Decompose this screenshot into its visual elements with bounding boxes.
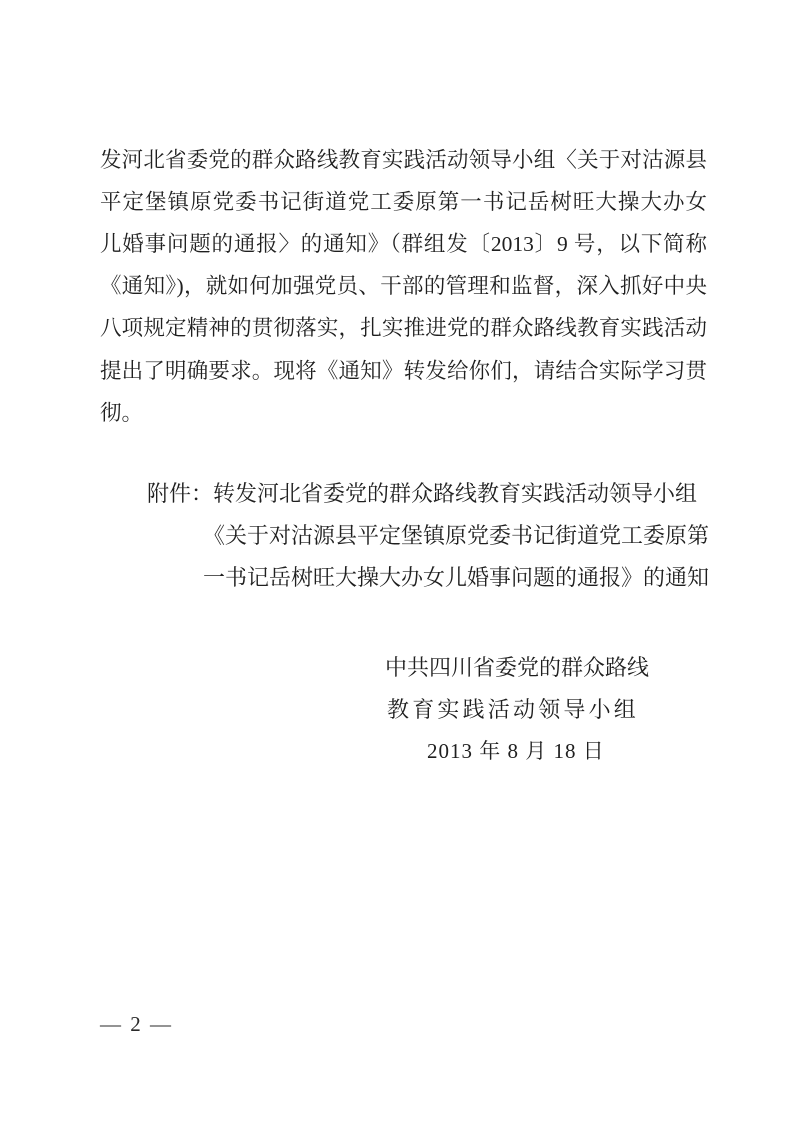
body-paragraph-line: 提出了明确要求。现将《通知》转发给你们，请结合实际学习贯 [100, 359, 707, 384]
attachment-title-line: 一书记岳树旺大操大办女儿婚事问题的通报》的通知 [203, 565, 709, 591]
body-paragraph-last-line: 彻。 [100, 401, 143, 426]
body-paragraph-line: 八项规定精神的贯彻落实，扎实推进党的群众路线教育实践活动 [100, 316, 707, 341]
body-paragraph-line: 平定堡镇原党委书记街道党工委原第一书记岳树旺大操大办女 [100, 190, 707, 215]
page-number: — 2 — [100, 1012, 173, 1037]
body-paragraph-line: 儿婚事问题的通报〉的通知》（群组发〔2013〕9 号，以下简称 [100, 232, 707, 257]
signature-org-line: 中共四川省委党的群众路线 [385, 655, 649, 681]
signature-org-line: 教育实践活动领导小组 [387, 697, 639, 723]
document-page: 发河北省委党的群众路线教育实践活动领导小组〈关于对沽源县 平定堡镇原党委书记街道… [0, 0, 800, 1132]
attachment-title-line: 《关于对沽源县平定堡镇原党委书记街道党工委原第 [203, 523, 709, 549]
body-paragraph-line: 《通知》)，就如何加强党员、干部的管理和监督，深入抓好中央 [100, 274, 707, 299]
attachment-label-line: 附件：转发河北省委党的群众路线教育实践活动领导小组 [147, 481, 697, 507]
signature-date: 2013 年 8 月 18 日 [427, 739, 605, 764]
body-paragraph-line: 发河北省委党的群众路线教育实践活动领导小组〈关于对沽源县 [100, 148, 707, 173]
